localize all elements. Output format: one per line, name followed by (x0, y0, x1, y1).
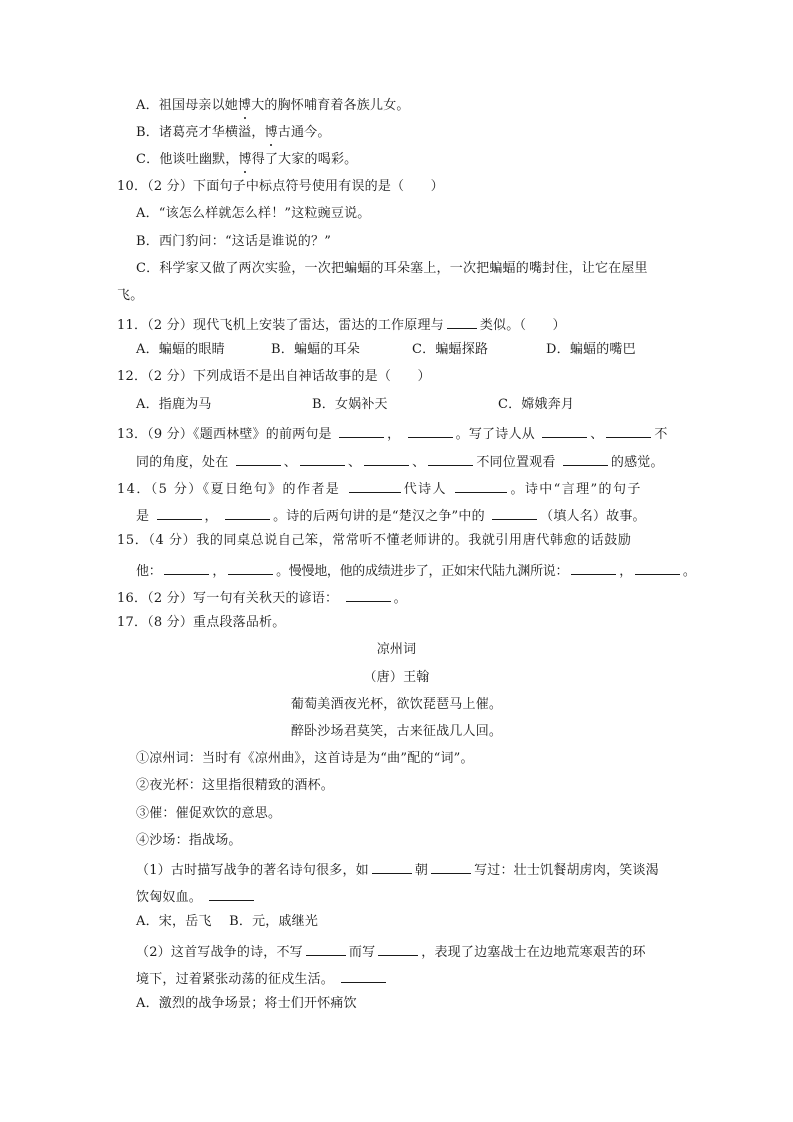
stem-text: 。诗中“言理”的句子 (510, 482, 641, 497)
q11-option-c: C．蝙蝠探路 (412, 342, 488, 358)
answer-blank[interactable] (635, 561, 680, 575)
option-text: 古通今。 (278, 125, 331, 140)
q13-line2: 同的角度，处在 、、、不同位置观看 的感觉。 (136, 452, 664, 471)
q11-option-b: B．蝙蝠的耳朵 (271, 342, 360, 358)
stem-text: （1）古时描写战争的著名诗句很多，如 (136, 863, 369, 878)
answer-blank[interactable] (542, 424, 587, 438)
stem-text: 是 (136, 509, 149, 524)
stem-text: 。 (394, 591, 407, 606)
answer-blank[interactable] (606, 424, 651, 438)
answer-blank[interactable] (236, 452, 281, 466)
stem-text: 不 (654, 427, 667, 442)
stem-text: 16．（2 分）写一句有关秋天的谚语： (117, 591, 338, 606)
poem-line-1: 葡萄美酒夜光杯，欲饮琵琶马上催。 (0, 697, 793, 713)
q17-stem: 17．（8 分）重点段落品析。 (117, 615, 285, 631)
note-3: ③催：催促欢饮的意思。 (136, 806, 281, 822)
option-text: 大的胸怀哺育着各族儿女。 (251, 98, 409, 113)
stem-text: 写过：壮士饥餐胡虏肉，笑谈渴 (474, 863, 659, 878)
option-text: 得了大家的喝彩。 (252, 152, 358, 167)
stem-text: 。慢慢地，他的成绩进步了，正如宋代陆九渊所说： (276, 564, 568, 579)
q12-option-c: C．嫦娥奔月 (498, 397, 574, 413)
answer-blank[interactable] (346, 588, 391, 602)
note-1: ①凉州词：当时有《凉州曲》，这首诗是为“曲”配的“词”。 (136, 751, 474, 767)
answer-blank[interactable] (447, 315, 477, 329)
q16-stem: 16．（2 分）写一句有关秋天的谚语： 。 (117, 588, 407, 607)
q12-option-a: A．指鹿为马 (136, 397, 212, 413)
answer-blank[interactable] (157, 506, 202, 520)
q10-option-a: A．“该怎么样就怎么样！”这粒豌豆说。 (136, 206, 370, 222)
stem-text: 饮匈奴血。 (136, 890, 202, 905)
q10-option-c: C．科学家又做了两次实验，一次把蝙蝠的耳朵塞上，一次把蝙蝠的嘴封住，让它在屋里 (136, 261, 648, 277)
q15-line2: 他：，。慢慢地，他的成绩进步了，正如宋代陆九渊所说：，。 (136, 561, 696, 580)
stem-text: ， (212, 564, 225, 579)
answer-blank[interactable] (364, 452, 409, 466)
stem-text: 14．（5 分）《夏日绝句》的作者是 (117, 482, 340, 497)
q9-option-a: A．祖国母亲以她博大的胸怀哺育着各族儿女。 (136, 98, 410, 114)
answer-blank[interactable] (306, 942, 346, 956)
answer-blank[interactable] (378, 942, 418, 956)
answer-blank[interactable] (300, 452, 345, 466)
option-text: A．祖国母亲以她 (136, 98, 238, 113)
stem-text: 代诗人 (404, 482, 447, 497)
answer-blank[interactable] (228, 561, 273, 575)
poem-author: （唐）王翰 (0, 670, 793, 686)
q9-option-c: C．他谈吐幽默，博得了大家的喝彩。 (136, 152, 357, 168)
q17-sub1-line2: 饮匈奴血。 (136, 887, 257, 906)
q13-line1: 13．（9 分）《题西林壁》的前两句是 ， 。写了诗人从 、不 (117, 424, 668, 443)
emphasis-char: 博 (238, 98, 251, 114)
stem-text: ， (619, 564, 632, 579)
stem-text: 朝 (415, 863, 428, 878)
stem-text: 不同位置观看 (476, 455, 555, 470)
answer-blank[interactable] (455, 479, 507, 493)
answer-blank[interactable] (492, 506, 537, 520)
answer-blank[interactable] (225, 506, 270, 520)
answer-blank[interactable] (339, 424, 384, 438)
stem-text: （2）这首写战争的诗，不写 (136, 945, 303, 960)
stem-text: 11．（2 分）现代飞机上安装了雷达，雷达的工作原理与 (117, 318, 444, 333)
stem-text: 类似。（ ） (480, 318, 566, 333)
stem-text: 。 (683, 564, 696, 579)
answer-blank[interactable] (341, 969, 386, 983)
q10-option-b: B．西门豹问：“这话是谁说的？” (136, 234, 331, 250)
separator: 、 (348, 455, 361, 470)
stem-text: 他： (136, 564, 161, 579)
q17-sub2-option-a: A．激烈的战争场景；将士们开怀痛饮 (136, 996, 357, 1012)
stem-text: 。写了诗人从 (456, 427, 535, 442)
answer-blank[interactable] (563, 452, 608, 466)
answer-blank[interactable] (431, 860, 471, 874)
stem-text: 而写 (349, 945, 375, 960)
answer-blank[interactable] (571, 561, 616, 575)
q11-stem: 11．（2 分）现代飞机上安装了雷达，雷达的工作原理与类似。（ ） (117, 315, 566, 334)
answer-blank[interactable] (209, 887, 254, 901)
q17-sub2-line2: 境下，过着紧张动荡的征戍生活。 (136, 969, 389, 988)
stem-text: （填人名）故事。 (540, 509, 646, 524)
q17-sub1-line1: （1）古时描写战争的著名诗句很多，如朝写过：壮士饥餐胡虏肉，笑谈渴 (136, 860, 659, 879)
q17-sub1-options: A．宋，岳飞 B．元，戚继光 (136, 914, 318, 930)
q14-line2: 是 ， 。诗的后两句讲的是“楚汉之争”中的 （填人名）故事。 (136, 506, 646, 525)
option-text: C．他谈吐幽默， (136, 152, 239, 167)
stem-text: ，表现了边塞战士在边地荒寒艰苦的环 (421, 945, 645, 960)
q10-option-c-cont: 飞。 (117, 288, 143, 304)
answer-blank[interactable] (349, 479, 401, 493)
stem-text: 。诗的后两句讲的是“楚汉之争”中的 (273, 509, 485, 524)
separator: 、 (412, 455, 425, 470)
stem-text: 、 (590, 427, 603, 442)
emphasis-char: 博 (265, 125, 278, 141)
q11-option-d: D．蝙蝠的嘴巴 (546, 342, 636, 358)
answer-blank[interactable] (164, 561, 209, 575)
answer-blank[interactable] (428, 452, 473, 466)
emphasis-char: 博 (239, 152, 252, 168)
option-text: B．诸葛亮才华横溢， (136, 125, 265, 140)
separator: 、 (284, 455, 297, 470)
stem-text: 同的角度，处在 (136, 455, 228, 470)
q12-stem: 12．（2 分）下列成语不是出自神话故事的是（ ） (117, 369, 431, 385)
answer-blank[interactable] (408, 424, 453, 438)
q17-sub2-line1: （2）这首写战争的诗，不写而写，表现了边塞战士在边地荒寒艰苦的环 (136, 942, 646, 961)
stem-text: 的感觉。 (611, 455, 664, 470)
q14-line1: 14．（5 分）《夏日绝句》的作者是 代诗人 。诗中“言理”的句子 (117, 479, 642, 498)
q9-option-b: B．诸葛亮才华横溢，博古通今。 (136, 125, 331, 141)
stem-text: 13．（9 分）《题西林壁》的前两句是 (117, 427, 332, 442)
stem-text: 境下，过着紧张动荡的征戍生活。 (136, 972, 334, 987)
q11-option-a: A．蝙蝠的眼睛 (136, 342, 225, 358)
q10-stem: 10．（2 分）下面句子中标点符号使用有误的是（ ） (117, 179, 444, 195)
q15-line1: 15．（4 分）我的同桌总说自己笨，常常听不懂老师讲的。我就引用唐代韩愈的话鼓励 (117, 533, 631, 549)
poem-line-2: 醉卧沙场君莫笑，古来征战几人回。 (0, 724, 793, 740)
answer-blank[interactable] (372, 860, 412, 874)
note-2: ②夜光杯：这里指很精致的酒杯。 (136, 778, 334, 794)
stem-text: ， (205, 509, 218, 524)
q12-option-b: B．女娲补天 (312, 397, 388, 413)
poem-title: 凉州词 (0, 642, 793, 658)
stem-text: ， (387, 427, 400, 442)
note-4: ④沙场：指战场。 (136, 833, 242, 849)
